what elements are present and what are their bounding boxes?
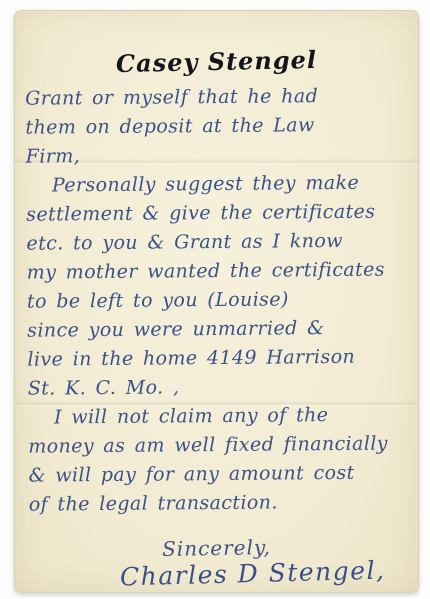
letter-paper: Casey Stengel Grant or myself that he ha… [14, 10, 419, 593]
letter-line: Grant or myself that he had [25, 81, 410, 113]
heading-casey-stengel: Casey Stengel [15, 43, 419, 80]
signature-charles-d-stengel: Charles D Stengel, [120, 556, 386, 592]
letter-line: settlement & give the certificates [26, 197, 411, 229]
letter-line: live in the home 4149 Harrison [27, 342, 412, 374]
letter-line: Personally suggest they make [26, 168, 411, 200]
letter-line: of the legal transaction. [29, 487, 414, 519]
letter-line: St. K. C. Mo. , [28, 371, 413, 403]
letter-photo: Casey Stengel Grant or myself that he ha… [0, 0, 430, 599]
letter-line: them on deposit at the Law [25, 110, 410, 142]
letter-line: to be left to you (Louise) [27, 284, 412, 316]
letter-line: Firm, [26, 139, 411, 171]
letter-line: money as am well fixed financially [28, 429, 413, 461]
letter-body: Grant or myself that he had them on depo… [25, 81, 414, 519]
letter-line: my mother wanted the certificates [27, 255, 412, 287]
letter-line: & will pay for any amount cost [28, 458, 413, 490]
letter-line: etc. to you & Grant as I know [26, 226, 411, 258]
letter-line: I will not claim any of the [28, 400, 413, 432]
letter-line: since you were unmarried & [27, 313, 412, 345]
